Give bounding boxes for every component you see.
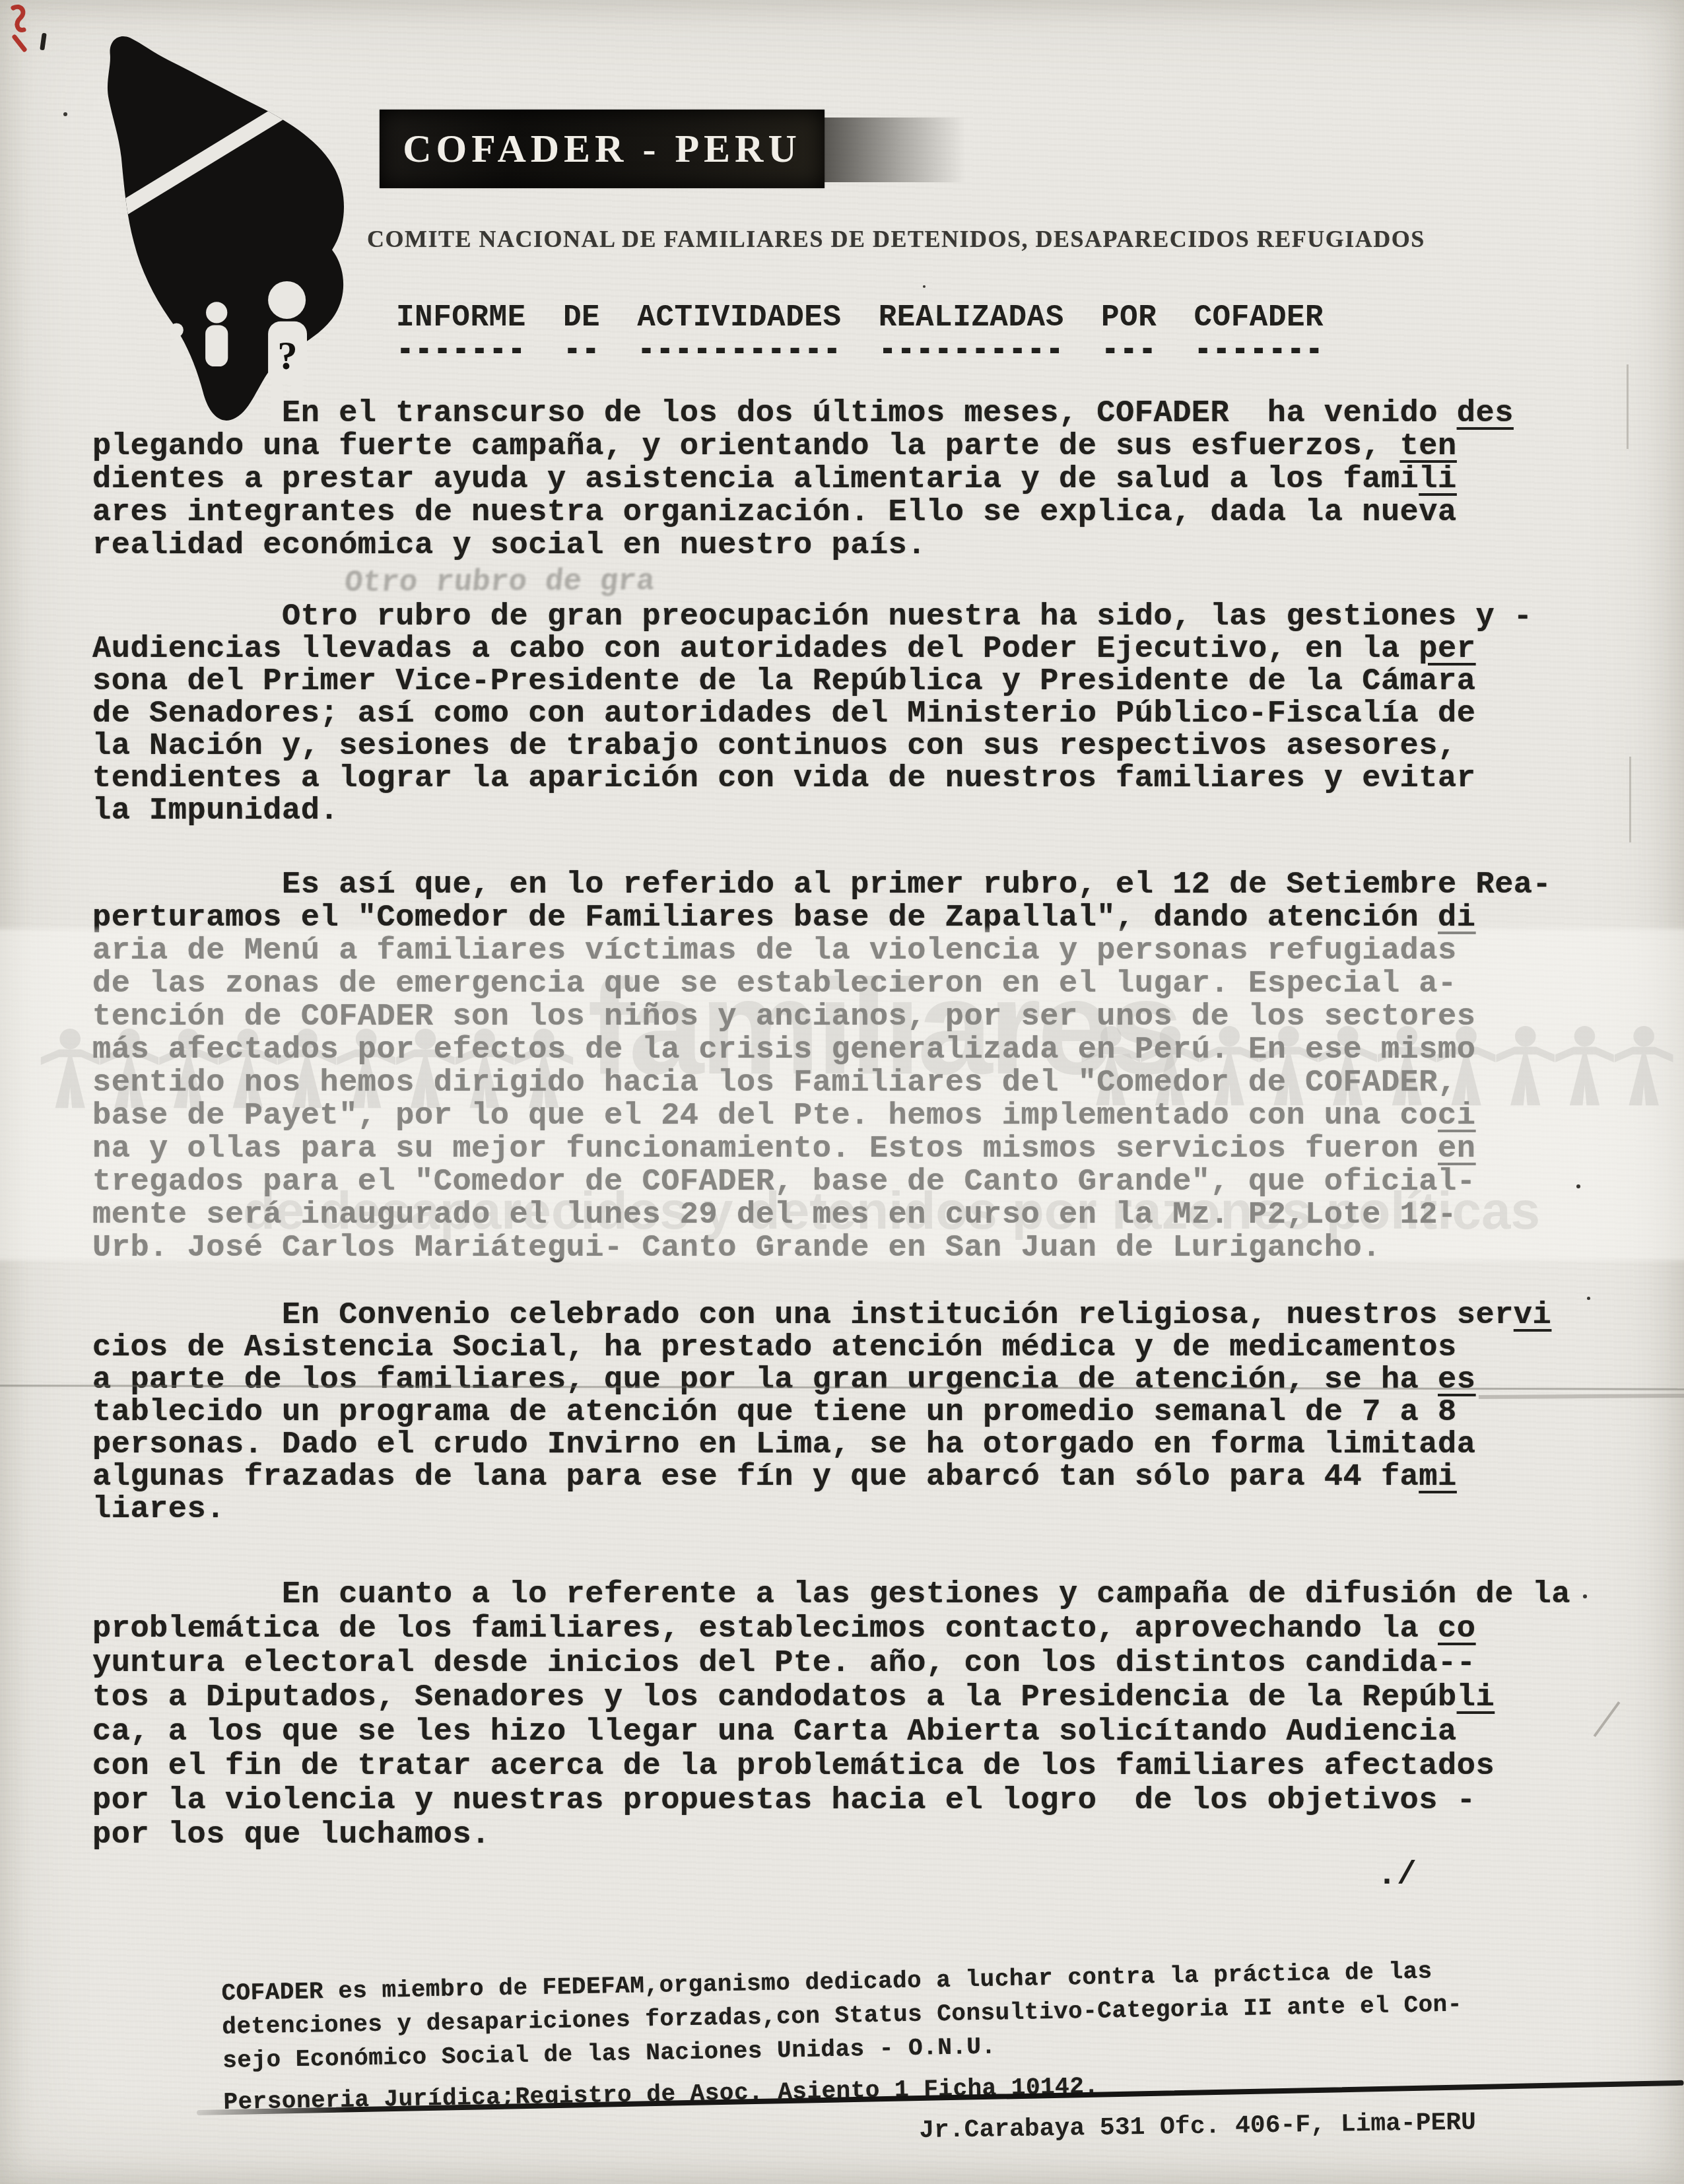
continuation-mark: ./ [1377, 1857, 1417, 1894]
scratch-mark [1594, 1701, 1621, 1737]
ghost-overstrike-text: Otro rubro de gra [343, 564, 656, 600]
paragraph-1: En el transcurso de los dos últimos mese… [92, 397, 1514, 563]
paragraph-4: En Convenio celebrado con una institució… [92, 1299, 1551, 1526]
fold-line [1627, 364, 1629, 449]
ink-speck [1576, 1184, 1580, 1188]
org-subtitle: COMITE NACIONAL DE FAMILIARES DE DETENID… [367, 225, 1425, 253]
doc-title-underline: ------- -- ----------- ---------- --- --… [396, 325, 1324, 376]
watermark-band [0, 926, 1684, 1264]
scratch-line [1479, 1394, 1684, 1399]
ink-speck [923, 285, 926, 288]
red-pen-mark [7, 3, 37, 53]
org-banner-label: COFADER - PERU [403, 126, 801, 172]
ink-speck [1583, 1594, 1587, 1598]
ink-speck [63, 112, 67, 116]
document-page: ? COFADER - PERU COMITE NACIONAL DE FAMI… [0, 0, 1684, 2184]
footer-note: COFADER es miembro de FEDEFAM,organismo … [221, 1952, 1544, 2119]
south-america-map-with-human-figure-icon: ? [46, 29, 380, 430]
footer-address: Jr.Carabaya 531 Ofc. 406-F, Lima-PERU [919, 2108, 1476, 2145]
paragraph-5: En cuanto a lo referente a las gestiones… [92, 1578, 1570, 1853]
banner-ink-smear [825, 118, 966, 182]
paragraph-2: Otro rubro de gran preocupación nuestra … [92, 601, 1533, 827]
fold-line [1629, 757, 1631, 842]
ink-speck [1587, 1297, 1590, 1300]
org-banner: COFADER - PERU [380, 110, 825, 188]
question-mark-glyph: ? [277, 334, 297, 378]
